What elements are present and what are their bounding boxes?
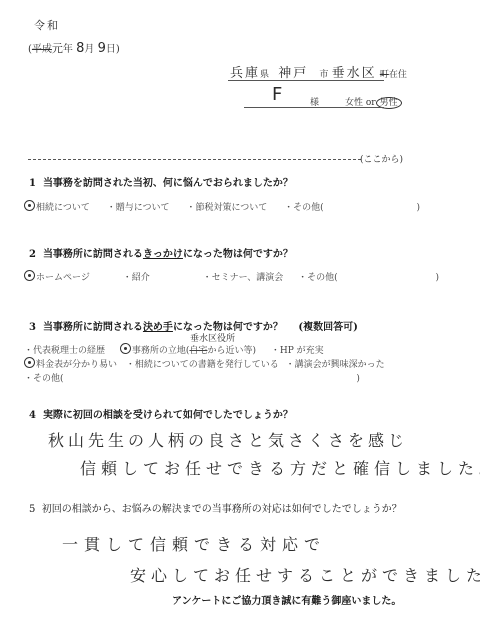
question-5: 5 初回の相談から、お悩みの解決までの当事務所の対応は如何でしたでしょうか？ (29, 500, 402, 515)
option[interactable]: ・節税対策について (186, 203, 267, 213)
question-number: 2 (29, 249, 36, 260)
answer-line: 一貫して信頼できる対応で (62, 532, 326, 555)
option[interactable]: ・セミナー、講演会 (203, 273, 284, 283)
day-value: 9 (98, 41, 106, 56)
other-close-paren: ) (436, 273, 440, 283)
selected-mark-icon (24, 357, 35, 368)
option-selected[interactable]: 料金表が分かり易い (24, 360, 117, 370)
underlined-keyword: 決め手 (143, 322, 173, 333)
answer-line: 秋山先生の人柄の良さと気さくさを感じ (48, 428, 408, 451)
city-label: 市 (319, 70, 328, 80)
option-other[interactable]: ・その他( (24, 374, 64, 384)
city-value: 神戸 (278, 66, 308, 81)
address-line: 兵庫県 神戸 市 垂水区 町在住 (230, 62, 407, 81)
question-text: 初回の相談から、お悩みの解決までの当事務所の対応は如何でしたでしょうか？ (42, 504, 402, 515)
option[interactable]: ・HP が充実 (271, 346, 324, 356)
separator-dashed-line (28, 159, 361, 160)
question-2: 2 当事務所に訪問されるきっかけになった物は何ですか？ (29, 245, 293, 260)
option[interactable]: ・贈与について (107, 203, 170, 213)
option[interactable]: ・講演会が興味深かった (286, 360, 385, 370)
name-value: F (272, 84, 284, 105)
option-selected[interactable]: ホームページ (24, 273, 90, 283)
answer-line: 安心してお任せすることができました。 (130, 563, 480, 586)
question-text: 実際に初回の相談を受けられて如何でしたでしょうか？ (43, 410, 293, 421)
name-underline (244, 107, 384, 108)
option[interactable]: ・紹介 (123, 273, 150, 283)
prefecture-value: 兵庫 (230, 66, 260, 81)
question-1-options: 相続について ・贈与について ・節税対策について ・その他( ) (24, 200, 420, 213)
question-number: 4 (29, 410, 36, 421)
answer-line: 信頼してお任せできる方だと確信しました。 (80, 456, 480, 479)
selected-mark-icon (120, 343, 131, 354)
question-number: 5 (29, 504, 35, 515)
era-handwritten: 令和 (34, 17, 60, 33)
era-printed-struck: 平成 (32, 44, 52, 55)
question-3-options-row-3: ・その他( ) (24, 371, 360, 384)
year-value: 元 (52, 42, 63, 55)
town-label-struck: 町 (380, 70, 389, 80)
year-suffix: 年 (63, 44, 73, 55)
selected-mark-icon (24, 270, 35, 281)
option[interactable]: ・相続についての書籍を発行している (126, 360, 279, 370)
question-text: 当事務を訪問された当初、何に悩んでおられましたか？ (43, 178, 293, 189)
question-number: 1 (29, 178, 36, 189)
thank-you-message: アンケートにご協力頂き誠に有難う御座いました。 (172, 592, 401, 607)
month-suffix: 月 (84, 44, 94, 55)
option-selected[interactable]: 相続について (24, 203, 90, 213)
ward-value: 垂水区 (332, 66, 377, 81)
option-other[interactable]: ・その他( (284, 203, 324, 213)
question-1: 1 当事務を訪問された当初、何に悩んでおられましたか？ (29, 174, 293, 189)
multiple-answers-note: (複数回答可) (298, 322, 357, 333)
date-line: (平成元年 8月 9日) (28, 40, 120, 56)
residence-label: 在住 (389, 70, 407, 80)
address-underline (228, 80, 384, 81)
question-3-options-row-2: 料金表が分かり易い ・相続についての書籍を発行している ・講演会が興味深かった (24, 357, 385, 370)
option[interactable]: ・代表税理士の経歴 (24, 346, 105, 356)
selected-mark-icon (24, 200, 35, 211)
date-close-paren: ) (116, 44, 120, 55)
prefecture-label: 県 (260, 70, 269, 80)
option-selected[interactable]: 事務所の立地(自宅から近い等) (120, 346, 256, 356)
other-close-paren: ) (356, 374, 360, 384)
question-4: 4 実際に初回の相談を受けられて如何でしたでしょうか？ (29, 406, 293, 421)
day-suffix: 日 (106, 44, 116, 55)
question-number: 3 (29, 322, 36, 333)
option-other[interactable]: ・その他( (298, 273, 338, 283)
question-3-options-row-1: ・代表税理士の経歴 事務所の立地(自宅から近い等) ・HP が充実 (24, 343, 324, 356)
question-2-options: ホームページ ・紹介 ・セミナー、講演会 ・その他( ) (24, 270, 439, 283)
other-close-paren: ) (417, 203, 421, 213)
underlined-keyword: きっかけ (143, 249, 183, 260)
separator-label: (ここから) (360, 152, 403, 165)
